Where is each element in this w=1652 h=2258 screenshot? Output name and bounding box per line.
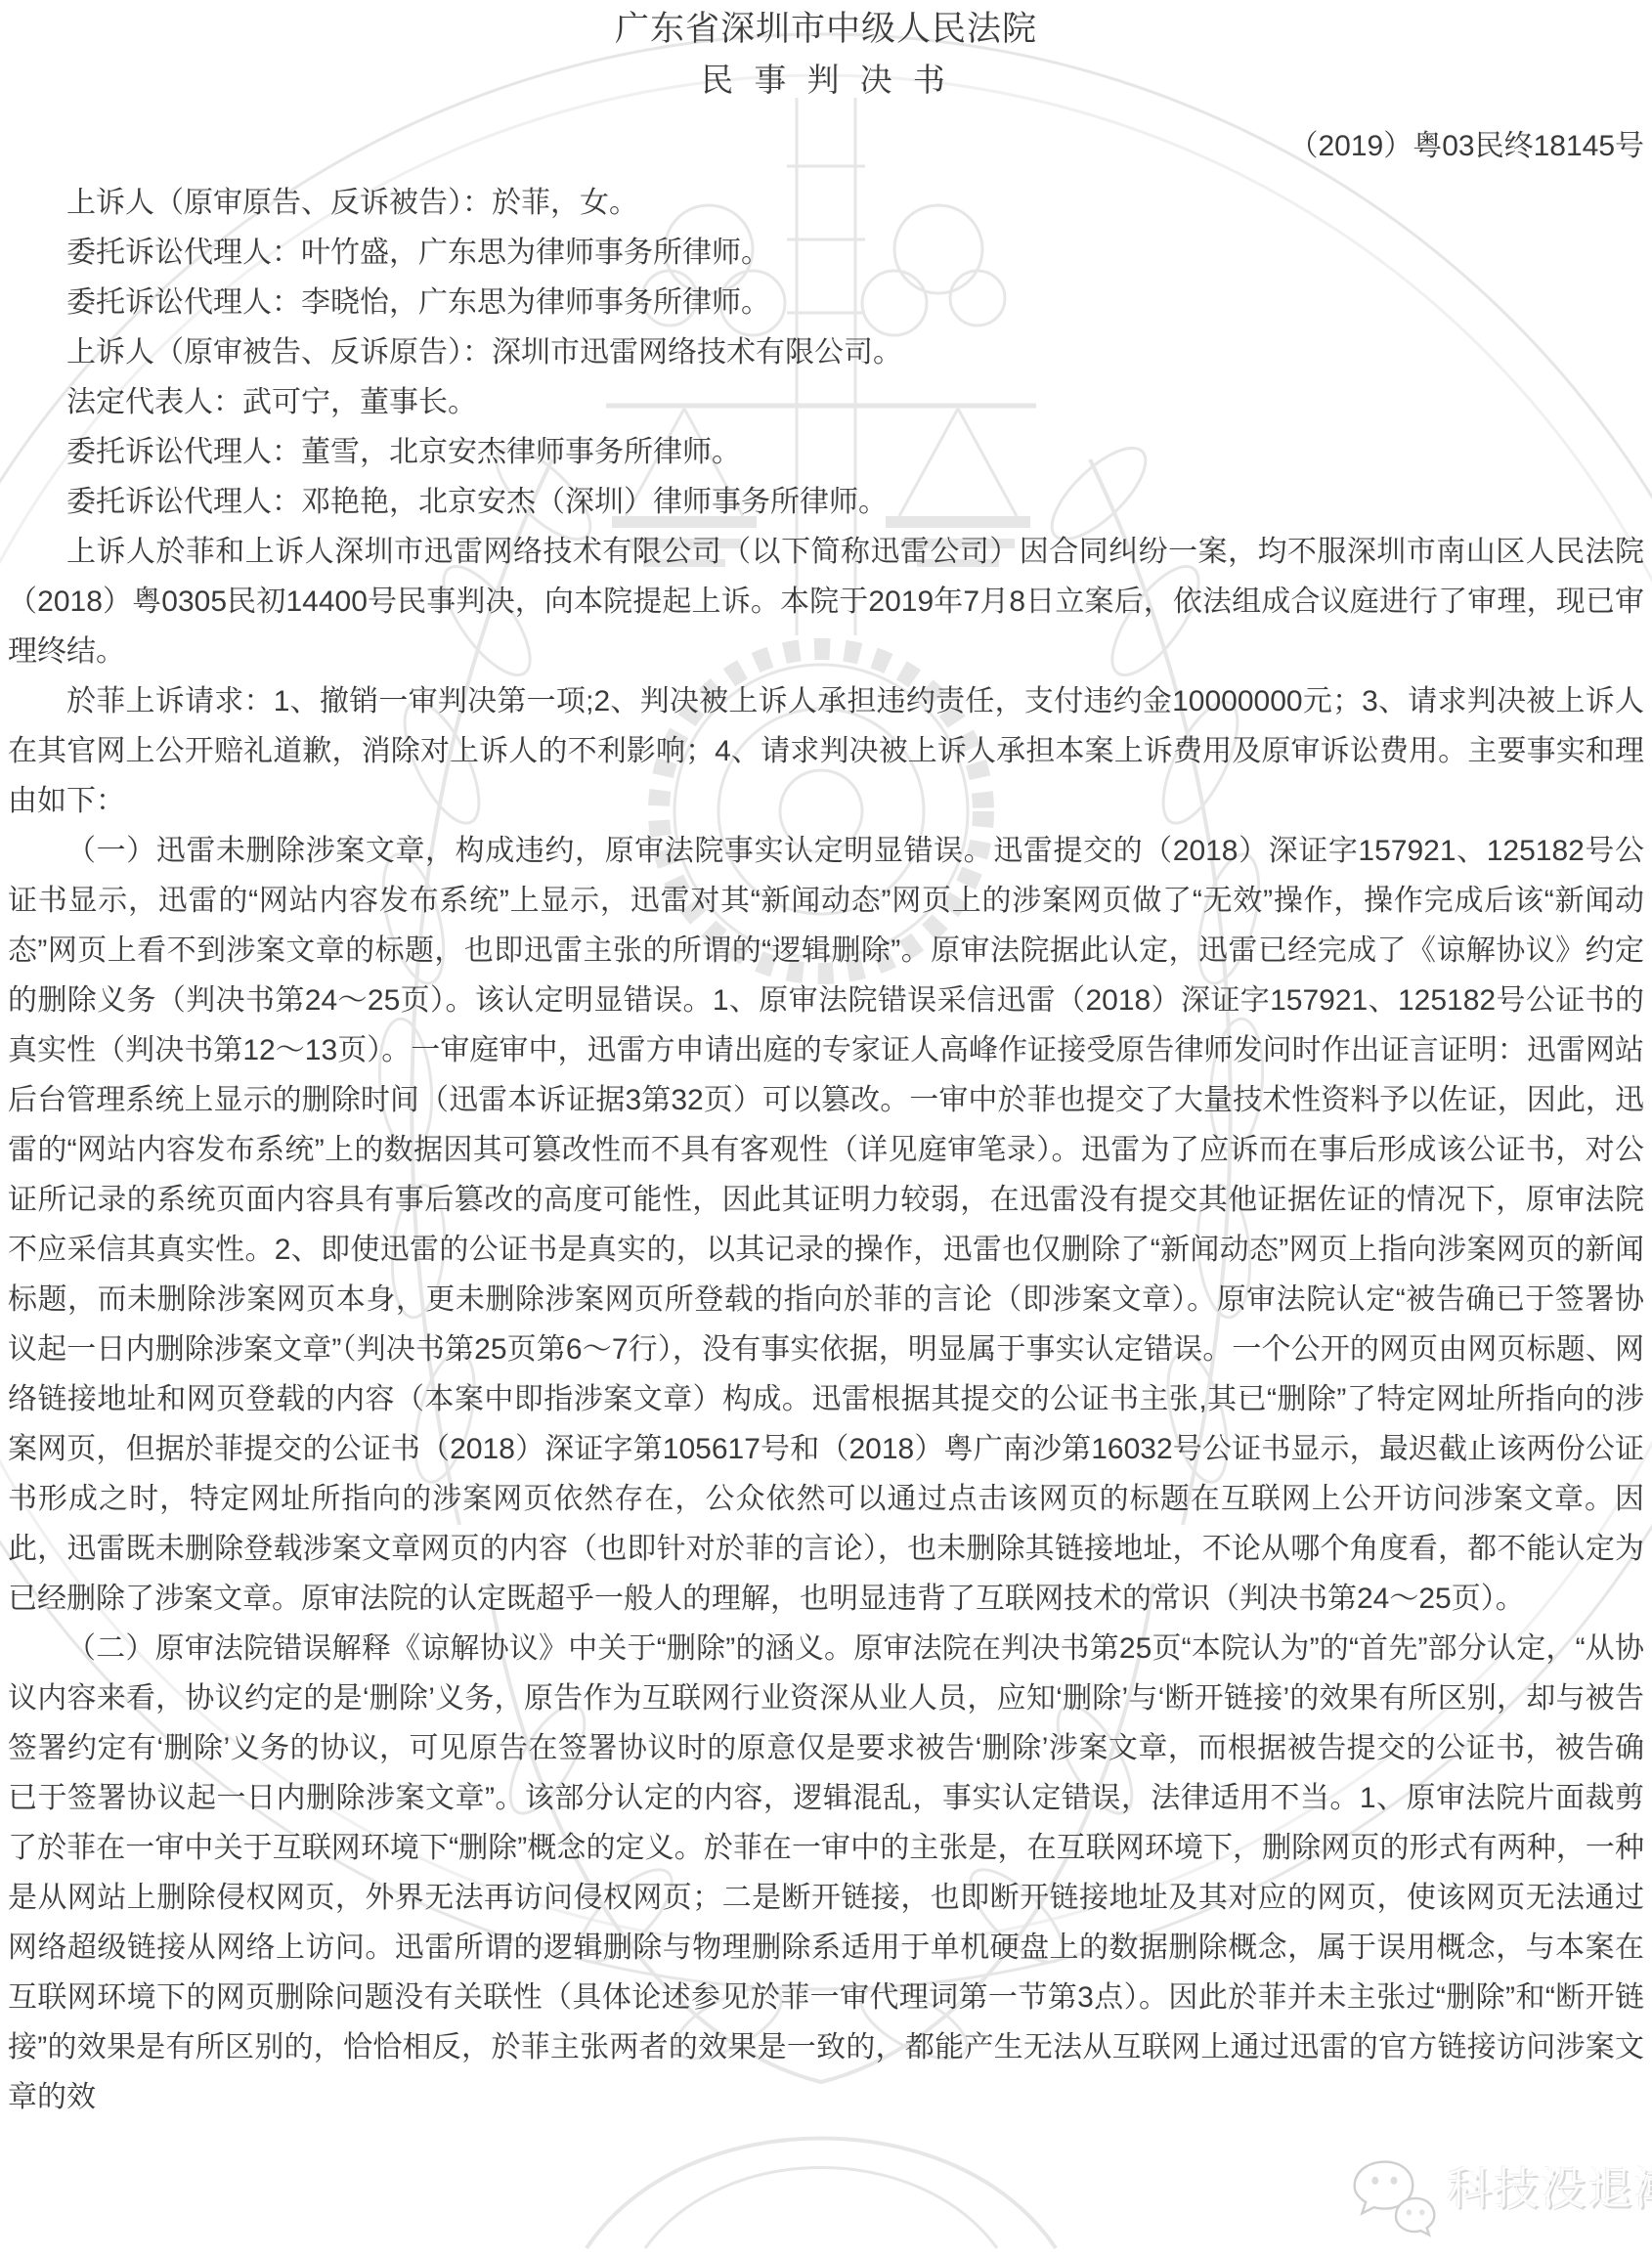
judgment-document-page: 广东省深圳市中级人民法院 民 事 判 决 书 （2019）粤03民终18145号… (0, 0, 1652, 2258)
court-title: 广东省深圳市中级人民法院 (8, 8, 1644, 51)
paragraph-ground-two: （二）原审法院错误解释《谅解协议》中关于“删除”的涵义。原审法院在判决书第25页… (8, 1624, 1644, 2122)
party-agent-yezhusheng: 委托诉讼代理人：叶竹盛，广东思为律师事务所律师。 (8, 228, 1644, 278)
wechat-watermark-label: 科技没退潮 (1447, 2164, 1652, 2213)
party-agent-lixiaoyi: 委托诉讼代理人：李晓怡，广东思为律师事务所律师。 (8, 278, 1644, 327)
party-appellant-xunlei: 上诉人（原审被告、反诉原告）：深圳市迅雷网络技术有限公司。 (8, 327, 1644, 377)
party-agent-dongxue: 委托诉讼代理人：董雪，北京安杰律师事务所律师。 (8, 427, 1644, 477)
wechat-icon (1347, 2150, 1441, 2244)
document-body: 广东省深圳市中级人民法院 民 事 判 决 书 （2019）粤03民终18145号… (0, 0, 1652, 2122)
party-appellant-yufei: 上诉人（原审原告、反诉被告）：於菲，女。 (8, 178, 1644, 228)
document-type-title: 民 事 判 决 书 (8, 59, 1644, 102)
paragraph-ground-one: （一）迅雷未删除涉案文章，构成违约，原审法院事实认定明显错误。迅雷提交的（201… (8, 826, 1644, 1624)
party-agent-dengyanyan: 委托诉讼代理人：邓艳艳，北京安杰（深圳）律师事务所律师。 (8, 477, 1644, 527)
paragraph-procedure-history: 上诉人於菲和上诉人深圳市迅雷网络技术有限公司（以下简称迅雷公司）因合同纠纷一案，… (8, 527, 1644, 676)
party-legal-representative: 法定代表人：武可宁，董事长。 (8, 377, 1644, 427)
wechat-watermark: 科技没退潮 (1347, 2150, 1652, 2244)
case-number: （2019）粤03民终18145号 (8, 127, 1644, 166)
paragraph-appeal-requests: 於菲上诉请求：1、撤销一审判决第一项;2、判决被上诉人承担违约责任，支付违约金1… (8, 676, 1644, 826)
